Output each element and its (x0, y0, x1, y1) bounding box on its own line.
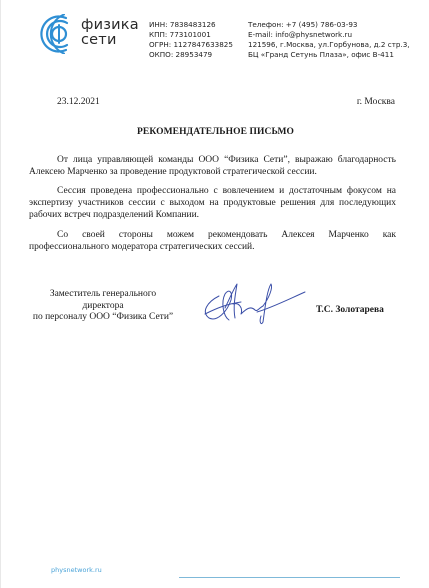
inn: ИНН: 7838483126 (149, 20, 233, 30)
brand-line-2: сети (81, 33, 139, 48)
paragraph-text: Со своей стороны можем рекомендовать Але… (29, 229, 396, 253)
okpo: ОКПО: 28953479 (149, 50, 233, 60)
address-line-1: 121596, г.Москва, ул.Горбунова, д.2 стр.… (248, 40, 410, 50)
email: E-mail: info@physnetwork.ru (248, 30, 410, 40)
position-line-1: Заместитель генерального директора (29, 289, 177, 312)
paragraph-3: Со своей стороны можем рекомендовать Але… (29, 229, 396, 253)
footer-divider (179, 577, 400, 578)
brand-name: физика сети (81, 18, 139, 48)
address-line-2: БЦ «Гранд Сетунь Плаза», офис В-411 (248, 50, 410, 60)
ogrn: ОГРН: 1127847633825 (149, 40, 233, 50)
position-line-2: по персоналу ООО “Физика Сети” (29, 312, 177, 324)
phone: Телефон: +7 (495) 786-03-93 (248, 20, 410, 30)
physics-networks-logo-icon (37, 14, 77, 54)
signer-position: Заместитель генерального директора по пе… (29, 289, 177, 324)
paragraph-text: Сессия проведена профессионально с вовле… (29, 185, 396, 222)
footer-website-link[interactable]: physnetwork.ru (51, 566, 102, 574)
brand-line-1: физика (81, 18, 139, 33)
paragraph-2: Сессия проведена профессионально с вовле… (29, 185, 396, 222)
handwritten-signature-icon (197, 278, 307, 328)
letter-title: РЕКОМЕНДАТЕЛЬНОЕ ПИСЬМО (1, 127, 429, 137)
company-contacts: Телефон: +7 (495) 786-03-93 E-mail: info… (248, 20, 410, 60)
paragraph-1: От лица управляющей команды ООО “Физика … (29, 154, 396, 178)
letter-city: г. Москва (357, 97, 395, 107)
kpp: КПП: 773101001 (149, 30, 233, 40)
paragraph-text: От лица управляющей команды ООО “Физика … (29, 154, 396, 178)
company-requisites: ИНН: 7838483126 КПП: 773101001 ОГРН: 112… (149, 20, 233, 60)
letter-page: физика сети ИНН: 7838483126 КПП: 7731010… (0, 0, 429, 588)
signer-name: Т.С. Золотарева (316, 305, 384, 315)
letter-date: 23.12.2021 (57, 97, 100, 107)
